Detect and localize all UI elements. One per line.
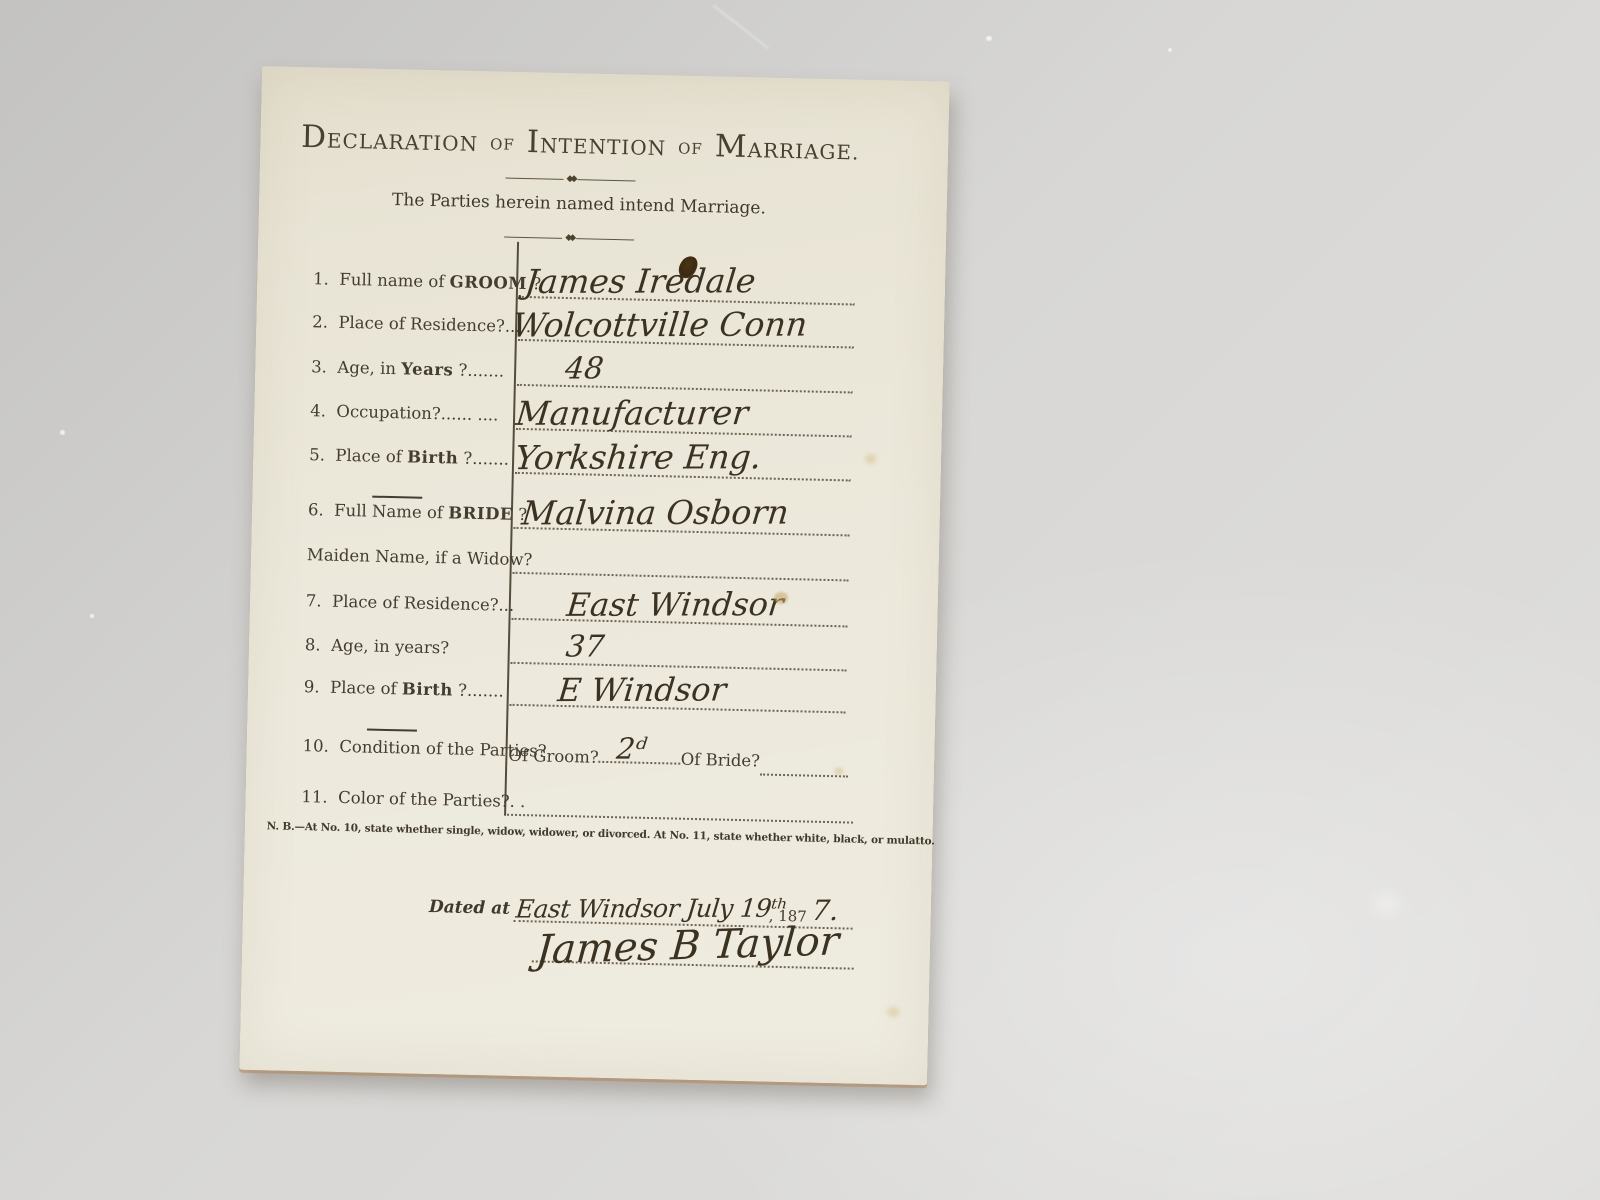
label-bold-text: Birth: [407, 447, 458, 467]
field-label: 2. Place of Residence?... .: [312, 312, 531, 336]
form-row-condition: 10. Condition of the Parties? Of Groom? …: [302, 736, 855, 779]
label-text: 3. Age, in: [311, 357, 402, 378]
answer-line: Wolcottville Conn: [518, 313, 855, 349]
label-text: 6. Full Name of: [308, 500, 449, 522]
ornament-line: [504, 237, 562, 239]
label-bold-text: Years: [401, 359, 453, 379]
paper-stain: [865, 454, 876, 464]
title-word: Intention: [526, 124, 666, 163]
label-text: 7. Place of Residence?...: [306, 591, 515, 615]
label-bold-text: BRIDE: [448, 503, 513, 523]
paper-stain: [834, 767, 843, 775]
handwritten-value: Yorkshire Eng.: [514, 440, 763, 474]
paper-stain: [887, 1006, 900, 1017]
signature-handwriting: James B Taylor: [535, 921, 841, 970]
handwritten-value: Wolcottville Conn: [511, 308, 809, 342]
answer-line: Manufacturer: [516, 402, 853, 438]
groom-condition-line: 2ᵈ: [599, 739, 682, 765]
handwritten-value: Manufacturer: [515, 396, 750, 430]
label-text: 5. Place of: [309, 445, 407, 466]
document-paper: DeclarationofIntentionofMarriage. ◆◆ The…: [239, 66, 950, 1085]
form-row-groom-birthplace: 5. Place of Birth ?....... Yorkshire Eng…: [309, 445, 862, 488]
wall-scratch: [713, 5, 769, 50]
dated-at-label: Dated at: [429, 897, 511, 922]
field-label: 4. Occupation?...... ....: [310, 401, 499, 424]
handwritten-value: E Windsor: [556, 673, 727, 706]
ornament-line: [577, 179, 635, 181]
document-title: DeclarationofIntentionofMarriage.: [290, 119, 871, 168]
field-label: Maiden Name, if a Widow?: [307, 545, 533, 569]
label-text: ?.......: [453, 360, 504, 380]
field-label: 1. Full name of GROOM ?: [313, 269, 541, 293]
form-row-maiden-name: Maiden Name, if a Widow?: [306, 545, 859, 588]
field-label: 6. Full Name of BRIDE ?: [308, 500, 528, 524]
form-row-bride-birthplace: 9. Place of Birth ?....... E Windsor: [303, 677, 856, 720]
wall-speck: [60, 430, 65, 435]
condition-answer-area: Of Groom? 2ᵈ Of Bride?: [508, 737, 849, 773]
field-label: 5. Place of Birth ?.......: [309, 445, 509, 469]
document-content: DeclarationofIntentionofMarriage. ◆◆ The…: [239, 66, 950, 1085]
handwritten-value: 37: [564, 632, 605, 662]
ornament-divider: ◆◆: [505, 174, 635, 186]
handwritten-value: James Iredale: [524, 264, 758, 298]
handwritten-value: Malvina Osborn: [520, 496, 790, 530]
ornament-line: [576, 238, 634, 240]
form-row-bride-name: 6. Full Name of BRIDE ? Malvina Osborn: [307, 500, 860, 543]
label-text: ?.......: [453, 680, 504, 700]
answer-line: [513, 546, 850, 582]
form-row-groom-residence: 2. Place of Residence?... . Wolcottville…: [312, 312, 865, 355]
of-groom-label: Of Groom?: [508, 746, 599, 767]
label-text: ?.......: [458, 449, 509, 469]
answer-line: [507, 788, 854, 824]
label-text: 8. Age, in years?: [305, 635, 450, 657]
answer-line: 37: [511, 636, 848, 672]
label-bold-text: Birth: [402, 679, 453, 699]
field-label: 11. Color of the Parties?. .: [301, 787, 525, 811]
field-label: 3. Age, in Years ?.......: [311, 357, 504, 380]
photo-of-document: { "scene": { "wall_color": "#d8d7d5", "p…: [0, 0, 1600, 1200]
ornament-line: [506, 178, 564, 180]
wall-speck: [90, 614, 94, 618]
diamond-ornament-icon: ◆◆: [566, 175, 574, 184]
handwritten-value: 48: [564, 354, 605, 384]
section-separator-rule: [367, 729, 417, 732]
handwritten-value: 2ᵈ: [615, 735, 648, 764]
answer-line: E Windsor: [510, 678, 847, 714]
wall-speck: [1168, 48, 1172, 52]
of-bride-label: Of Bride?: [680, 750, 760, 771]
title-word: of: [678, 139, 703, 158]
signature-line: James B Taylor: [532, 914, 855, 969]
title-word: Marriage.: [714, 128, 859, 167]
handwritten-value: East Windsor: [565, 588, 785, 621]
label-text: 2. Place of Residence?... .: [312, 312, 531, 336]
label-bold-text: GROOM: [449, 272, 527, 293]
title-word: of: [490, 135, 515, 154]
answer-line: Yorkshire Eng.: [515, 446, 852, 482]
field-label: 8. Age, in years?: [305, 635, 450, 657]
answer-line: Malvina Osborn: [514, 501, 851, 537]
label-text: Maiden Name, if a Widow?: [307, 545, 533, 569]
wall-speck: [986, 36, 992, 41]
diamond-ornament-icon: ◆◆: [565, 234, 573, 243]
document-subtitle: The Parties herein named intend Marriage…: [289, 188, 869, 221]
section-separator-rule: [372, 496, 422, 499]
field-label: 7. Place of Residence?...: [306, 591, 515, 615]
answer-line: East Windsor: [511, 592, 848, 628]
ornament-divider: ◆◆: [504, 233, 634, 245]
label-text: 4. Occupation?...... ....: [310, 401, 499, 424]
label-text: 1. Full name of: [313, 269, 450, 291]
answer-line: 48: [517, 358, 854, 394]
wall-smudge: [1372, 892, 1402, 916]
field-label: 9. Place of Birth ?.......: [304, 677, 504, 701]
label-text: 9. Place of: [304, 677, 402, 698]
title-word: Declaration: [301, 119, 479, 159]
